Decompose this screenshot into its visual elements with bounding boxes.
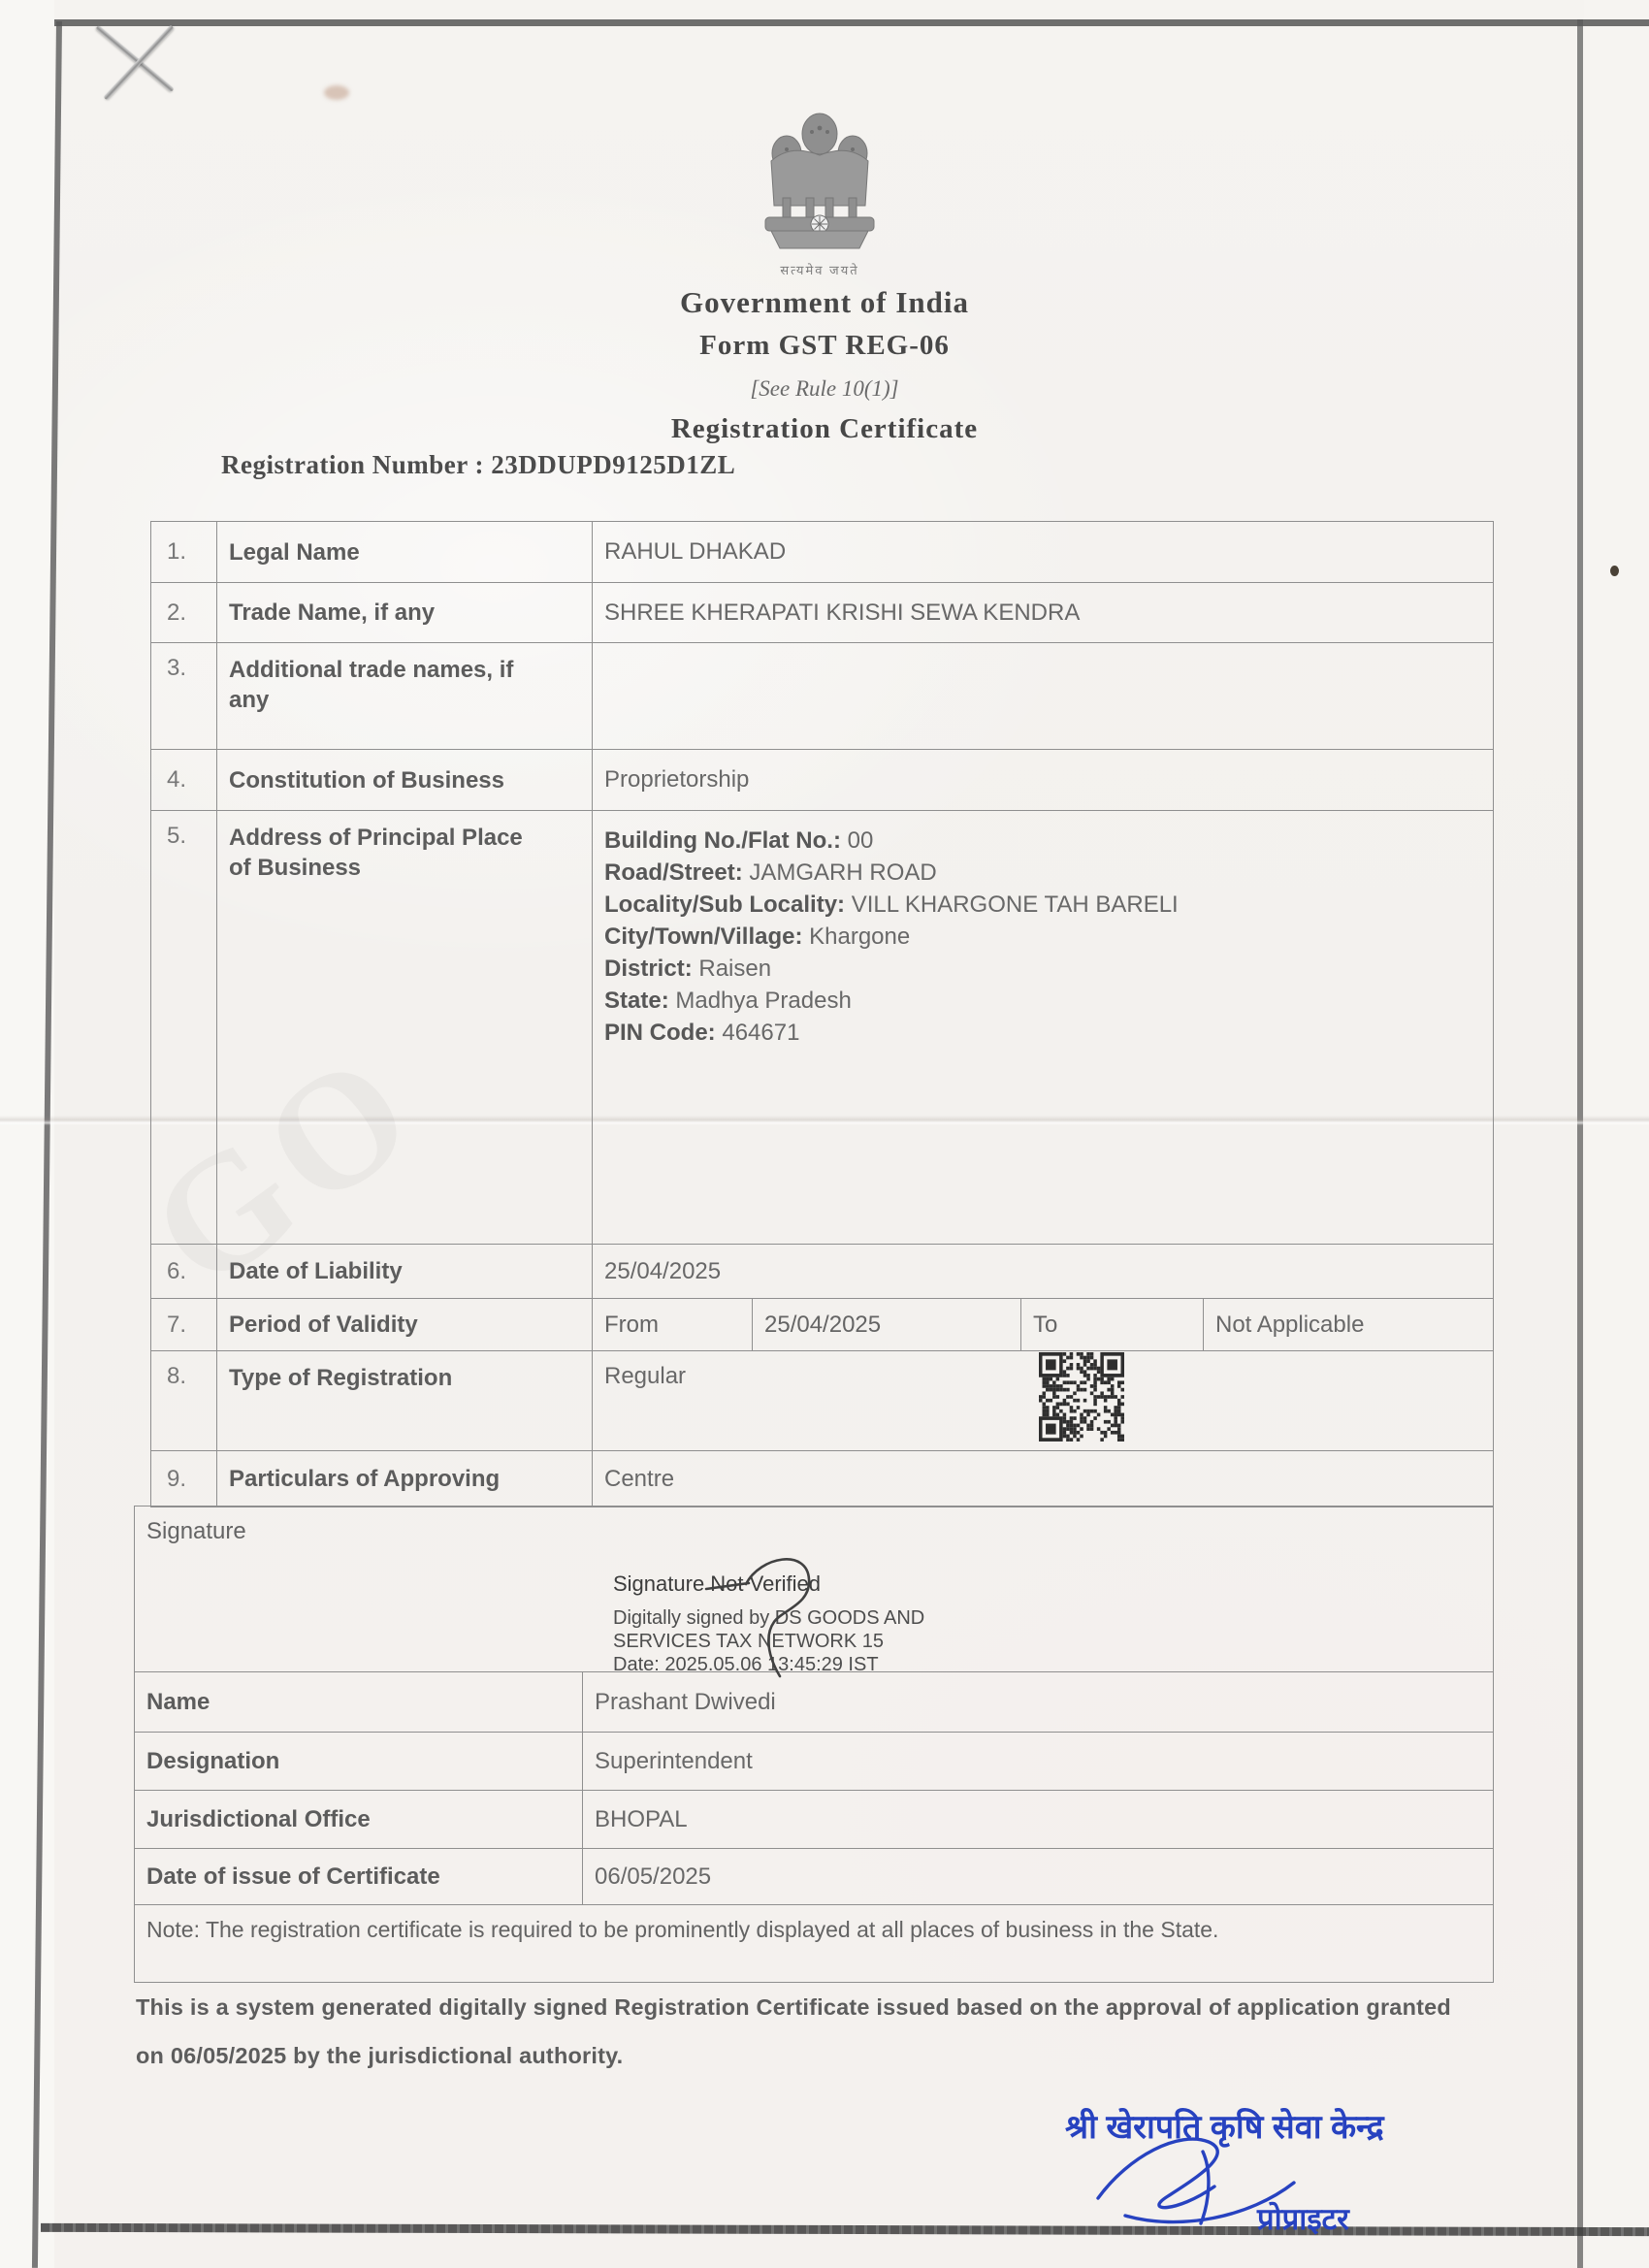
emblem-caption: सत्यमेव जयते (737, 261, 902, 278)
title-rule-reference: [See Rule 10(1)] (0, 376, 1649, 402)
registration-number: Registration Number : 23DDUPD9125D1ZL (221, 450, 735, 480)
officer-designation: Superintendent (583, 1733, 1493, 1790)
row-label: Date of Liability (217, 1245, 593, 1298)
row-number: 7. (151, 1299, 217, 1350)
row-number: 5. (151, 811, 217, 1244)
row-number: 6. (151, 1245, 217, 1298)
row-number: 9. (151, 1451, 217, 1507)
date-of-liability-value: 25/04/2025 (593, 1245, 1493, 1298)
validity-from-label: From (593, 1299, 753, 1350)
table-row: 1. Legal Name RAHUL DHAKAD (151, 522, 1493, 583)
india-emblem: सत्यमेव जयते (737, 101, 902, 278)
address-line: District: Raisen (604, 953, 1179, 985)
row-number: 2. (151, 583, 217, 642)
row-label: Legal Name (217, 522, 593, 582)
address-line: State: Madhya Pradesh (604, 985, 1179, 1017)
scanned-certificate-page: GO सत्यमेव जयते Govern (0, 0, 1649, 2268)
table-row: 9. Particulars of Approving Centre (151, 1451, 1493, 1507)
row-label: Type of Registration (217, 1351, 593, 1450)
stamp-designation: प्रोप्राइटर (1257, 2198, 1349, 2239)
principal-address-value: Building No./Flat No.: 00 Road/Street: J… (593, 811, 1493, 1244)
constitution-value: Proprietorship (593, 750, 1493, 810)
row-number: 1. (151, 522, 217, 582)
table-row: Jurisdictional Office BHOPAL (135, 1791, 1493, 1849)
ashoka-lion-capital-icon (742, 101, 897, 254)
jurisdictional-office: BHOPAL (583, 1791, 1493, 1848)
footer-line-1: This is a system generated digitally sig… (136, 1994, 1523, 2021)
row-label: Additional trade names, if any (217, 643, 593, 749)
table-row: Date of issue of Certificate 06/05/2025 (135, 1849, 1493, 1905)
scan-border-top (54, 19, 1649, 26)
row-number: 3. (151, 643, 217, 749)
note-text: Note: The registration certificate is re… (135, 1905, 1493, 1982)
qr-code (1039, 1352, 1124, 1442)
row-label: Trade Name, if any (217, 583, 593, 642)
table-row: 7. Period of Validity From 25/04/2025 To… (151, 1299, 1493, 1351)
designation-label: Designation (135, 1733, 583, 1790)
jurisdictional-office-label: Jurisdictional Office (135, 1791, 583, 1848)
table-row: 5. Address of Principal Place of Busines… (151, 811, 1493, 1245)
row-number: 4. (151, 750, 217, 810)
footer-line-2: on 06/05/2025 by the jurisdictional auth… (136, 2043, 1523, 2069)
address-line: PIN Code: 464671 (604, 1017, 1179, 1049)
address-line: Locality/Sub Locality: VILL KHARGONE TAH… (604, 889, 1179, 921)
validity-to-label: To (1021, 1299, 1204, 1350)
ink-spot (1610, 566, 1619, 576)
issue-date: 06/05/2025 (583, 1849, 1493, 1904)
paper-smudge (324, 85, 349, 100)
trade-name-value: SHREE KHERAPATI KRISHI SEWA KENDRA (593, 583, 1493, 642)
title-government-of-india: Government of India (0, 285, 1649, 320)
row-label: Period of Validity (217, 1299, 593, 1350)
note-row: Note: The registration certificate is re… (135, 1905, 1493, 1982)
row-label: Particulars of Approving (217, 1451, 593, 1507)
staple-icon (103, 24, 174, 100)
digital-signature-curl-icon (693, 1539, 838, 1694)
validity-from-value: 25/04/2025 (753, 1299, 1021, 1350)
table-row: 8. Type of Registration Regular (151, 1351, 1493, 1451)
issue-date-label: Date of issue of Certificate (135, 1849, 583, 1904)
address-line: City/Town/Village: Khargone (604, 921, 1179, 953)
title-certificate: Registration Certificate (0, 413, 1649, 445)
row-label: Address of Principal Place of Business (217, 811, 593, 1244)
certificate-details-table: 1. Legal Name RAHUL DHAKAD 2. Trade Name… (150, 521, 1494, 1507)
address-line: Road/Street: JAMGARH ROAD (604, 857, 1179, 889)
name-label: Name (135, 1672, 583, 1732)
address-line: Building No./Flat No.: 00 (604, 825, 1179, 857)
scan-border-bottom (41, 2223, 1649, 2236)
table-row: Designation Superintendent (135, 1733, 1493, 1791)
title-form-name: Form GST REG-06 (0, 330, 1649, 362)
table-row: 3. Additional trade names, if any (151, 643, 1493, 750)
additional-trade-names-value (593, 643, 1493, 749)
table-row: 6. Date of Liability 25/04/2025 (151, 1245, 1493, 1299)
row-number: 8. (151, 1351, 217, 1450)
row-label: Constitution of Business (217, 750, 593, 810)
legal-name-value: RAHUL DHAKAD (593, 522, 1493, 582)
validity-to-value: Not Applicable (1204, 1299, 1493, 1350)
table-row: 4. Constitution of Business Proprietorsh… (151, 750, 1493, 811)
table-row: 2. Trade Name, if any SHREE KHERAPATI KR… (151, 583, 1493, 643)
approving-authority-value: Centre (593, 1451, 1493, 1507)
